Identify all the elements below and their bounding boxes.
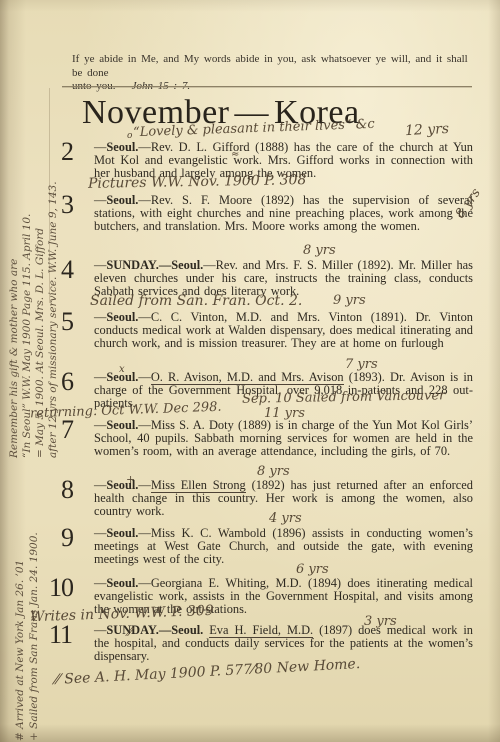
handwritten-years-miller: 8 yrs: [303, 243, 336, 258]
handwritten-mark-plus: +: [126, 473, 135, 486]
margin-note-line: after 12 yrs of missionary service. W.W.…: [47, 6, 60, 458]
handwritten-years-vinton: 9 yrs: [333, 293, 366, 308]
entry-text: —Miss K. C. Wambold (1896) assists in co…: [94, 526, 473, 566]
day-number: 8: [61, 477, 74, 503]
entry-text: —C. C. Vinton, M.D. and Mrs. Vinton (189…: [94, 310, 473, 350]
margin-note-line: # Arrived at New York Jan 26. ’01: [13, 441, 27, 741]
day-number: 3: [61, 192, 74, 218]
handwritten-years-wambold: 4 yrs: [269, 511, 302, 526]
handwritten-years-strong: 8 yrs: [257, 464, 290, 479]
handwritten-years-gifford: 12 yrs: [405, 121, 450, 139]
day-number: 9: [61, 525, 74, 551]
bible-verse: If ye abide in Me, and My words abide in…: [72, 53, 474, 94]
calendar-entry-day-4: 4—SUNDAY.—Seoul.—Rev. and Mrs. F. S. Mil…: [94, 259, 473, 297]
handwritten-mark-o: o: [127, 131, 132, 141]
calendar-entry-day-9: 9—Seoul.—Miss K. C. Wambold (1896) assis…: [94, 527, 473, 565]
handwritten-mark-double-slash: ⁄⁄: [128, 626, 132, 639]
day-number: 5: [61, 309, 74, 335]
verse-line-1: If ye abide in Me, and My words abide in…: [72, 53, 474, 80]
entry-text: —Miss S. A. Doty (1889) is in charge of …: [94, 418, 473, 458]
margin-note-line: “In Seoul” W.W. May 1900 Page 115. April…: [21, 6, 34, 458]
divider-rule: [62, 86, 472, 87]
day-number: 11: [49, 622, 72, 648]
handwritten-years-avison: 7 yrs: [345, 357, 378, 372]
scanned-book-page: If ye abide in Me, and My words abide in…: [0, 0, 500, 742]
day-number: 7: [61, 417, 74, 443]
margin-note-line: = May 5. 1900. At Seoul. Mrs. D. L. Giff…: [34, 6, 47, 458]
calendar-entry-day-5: 5—Seoul.—C. C. Vinton, M.D. and Mrs. Vin…: [94, 311, 473, 349]
handwritten-pictures-note: Pictures W.W. Nov. 1900 P. 308: [88, 172, 307, 192]
handwritten-years-field: 3 yrs: [364, 614, 397, 629]
day-number: 10: [49, 575, 73, 601]
handwritten-sailed-note-miller: Sailed from San. Fran. Oct. 2.: [90, 293, 302, 309]
margin-note-vertical-top: Remember his gift & mother who are “In S…: [8, 6, 60, 458]
handwritten-mark-tilde: ≈: [231, 149, 239, 160]
margin-note-line: + Sailed from San Frans Jan. 24. 1900.: [27, 441, 41, 741]
calendar-entry-day-11: 11—SUNDAY.—Seoul. Eva H. Field, M.D. (18…: [94, 624, 473, 662]
handwritten-years-doty: 11 yrs: [264, 406, 305, 421]
day-number: 4: [61, 257, 74, 283]
day-number: 2: [61, 139, 74, 165]
calendar-entry-day-7: 7—Seoul.—Miss S. A. Doty (1889) is in ch…: [94, 419, 473, 457]
handwritten-mark-x: x: [119, 364, 125, 375]
day-number: 6: [61, 369, 74, 395]
handwritten-years-whiting: 6 yrs: [296, 562, 329, 577]
margin-note-vertical-bottom: # Arrived at New York Jan 26. ’01 + Sail…: [13, 441, 41, 741]
entry-text: —Rev. S. F. Moore (1892) has the supervi…: [94, 193, 473, 233]
handwritten-writes-note: Writes in Nov. W.W. P. 309: [30, 603, 214, 625]
calendar-entry-day-3: 3—Seoul.—Rev. S. F. Moore (1892) has the…: [94, 194, 473, 232]
margin-note-line: Remember his gift & mother who are: [8, 6, 21, 458]
